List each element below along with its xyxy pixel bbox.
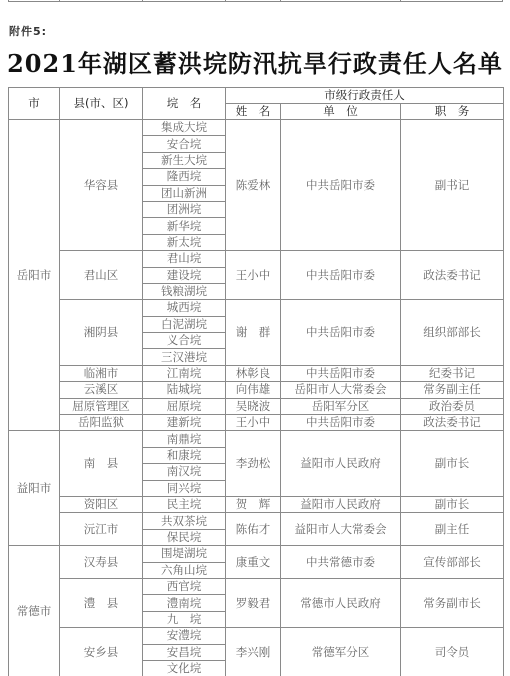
polder-cell: 西官垸 xyxy=(143,578,226,594)
polder-cell: 安合垸 xyxy=(143,136,226,152)
county-cell: 澧 县 xyxy=(60,578,143,627)
name-cell: 陈佑才 xyxy=(226,513,281,546)
position-cell: 常务副主任 xyxy=(401,382,504,398)
table-row: 安乡县安澧垸李兴刚常德军分区司令员 xyxy=(9,628,504,644)
polder-cell: 民主垸 xyxy=(143,496,226,512)
polder-cell: 城西垸 xyxy=(143,300,226,316)
city-cell: 岳阳市 xyxy=(9,120,60,431)
polder-cell: 隆西垸 xyxy=(143,169,226,185)
position-cell: 副主任 xyxy=(401,513,504,546)
table-row: 澧 县西官垸罗毅君常德市人民政府常务副市长 xyxy=(9,578,504,594)
polder-cell: 新太垸 xyxy=(143,234,226,250)
name-cell: 王小中 xyxy=(226,251,281,300)
table-row: 临湘市江南垸林彰良中共岳阳市委纪委书记 xyxy=(9,365,504,381)
polder-cell: 澧南垸 xyxy=(143,595,226,611)
name-cell: 罗毅君 xyxy=(226,578,281,627)
unit-cell: 益阳市人民政府 xyxy=(281,431,401,497)
name-cell: 贺 辉 xyxy=(226,496,281,512)
attachment-label: 附件5: xyxy=(9,23,47,39)
previous-page-table-edge xyxy=(8,0,503,2)
name-cell: 王小中 xyxy=(226,415,281,431)
position-cell: 常务副市长 xyxy=(401,578,504,627)
position-cell: 政法委书记 xyxy=(401,251,504,300)
unit-cell: 岳阳军分区 xyxy=(281,398,401,414)
table-row: 沅江市共双茶垸陈佑才益阳市人大常委会副主任 xyxy=(9,513,504,529)
header-county: 县(市、区) xyxy=(60,88,143,120)
position-cell: 副书记 xyxy=(401,120,504,251)
position-cell: 司令员 xyxy=(401,628,504,676)
county-cell: 安乡县 xyxy=(60,628,143,676)
polder-cell: 团山新洲 xyxy=(143,185,226,201)
position-cell: 政治委员 xyxy=(401,398,504,414)
polder-cell: 江南垸 xyxy=(143,365,226,381)
table-row: 益阳市南 县南鼎垸李劲松益阳市人民政府副市长 xyxy=(9,431,504,447)
unit-cell: 益阳市人大常委会 xyxy=(281,513,401,546)
county-cell: 岳阳监狱 xyxy=(60,415,143,431)
header-polder: 垸 名 xyxy=(143,88,226,120)
position-cell: 副市长 xyxy=(401,496,504,512)
unit-cell: 常德军分区 xyxy=(281,628,401,676)
county-cell: 南 县 xyxy=(60,431,143,497)
polder-cell: 建新垸 xyxy=(143,415,226,431)
header-responsible-group: 市级行政责任人 xyxy=(226,88,504,104)
unit-cell: 益阳市人民政府 xyxy=(281,496,401,512)
unit-cell: 岳阳市人大常委会 xyxy=(281,382,401,398)
polder-cell: 集成大垸 xyxy=(143,120,226,136)
polder-cell: 义合垸 xyxy=(143,333,226,349)
table-row: 资阳区民主垸贺 辉益阳市人民政府副市长 xyxy=(9,496,504,512)
polder-cell: 君山垸 xyxy=(143,251,226,267)
polder-cell: 团洲垸 xyxy=(143,201,226,217)
name-cell: 陈爱林 xyxy=(226,120,281,251)
polder-cell: 新生大垸 xyxy=(143,152,226,168)
unit-cell: 常德市人民政府 xyxy=(281,578,401,627)
polder-cell: 钱粮湖垸 xyxy=(143,283,226,299)
polder-cell: 围堤湖垸 xyxy=(143,546,226,562)
county-cell: 云溪区 xyxy=(60,382,143,398)
polder-cell: 保民垸 xyxy=(143,529,226,545)
county-cell: 君山区 xyxy=(60,251,143,300)
table-row: 岳阳市华容县集成大垸陈爱林中共岳阳市委副书记 xyxy=(9,120,504,136)
name-cell: 康重文 xyxy=(226,546,281,579)
position-cell: 副市长 xyxy=(401,431,504,497)
polder-cell: 安澧垸 xyxy=(143,628,226,644)
unit-cell: 中共岳阳市委 xyxy=(281,251,401,300)
table-row: 岳阳监狱建新垸王小中中共岳阳市委政法委书记 xyxy=(9,415,504,431)
unit-cell: 中共岳阳市委 xyxy=(281,415,401,431)
table-row: 常德市汉寿县围堤湖垸康重文中共常德市委宣传部部长 xyxy=(9,546,504,562)
header-unit: 单 位 xyxy=(281,104,401,120)
header-name: 姓 名 xyxy=(226,104,281,120)
name-cell: 李劲松 xyxy=(226,431,281,497)
table-row: 湘阴县城西垸谢 群中共岳阳市委组织部部长 xyxy=(9,300,504,316)
name-cell: 向伟雄 xyxy=(226,382,281,398)
polder-cell: 安昌垸 xyxy=(143,644,226,660)
page-title: 2021年湖区蓄洪垸防汛抗旱行政责任人名单 xyxy=(0,44,510,79)
polder-cell: 白泥湖垸 xyxy=(143,316,226,332)
polder-cell: 共双茶垸 xyxy=(143,513,226,529)
name-cell: 李兴刚 xyxy=(226,628,281,676)
county-cell: 资阳区 xyxy=(60,496,143,512)
table-row: 屈原管理区屈原垸吴晓波岳阳军分区政治委员 xyxy=(9,398,504,414)
table-body: 岳阳市华容县集成大垸陈爱林中共岳阳市委副书记安合垸新生大垸隆西垸团山新洲团洲垸新… xyxy=(9,120,504,676)
city-cell: 常德市 xyxy=(9,546,60,676)
polder-cell: 南鼎垸 xyxy=(143,431,226,447)
unit-cell: 中共岳阳市委 xyxy=(281,300,401,366)
table-row: 君山区君山垸王小中中共岳阳市委政法委书记 xyxy=(9,251,504,267)
county-cell: 屈原管理区 xyxy=(60,398,143,414)
polder-cell: 六角山垸 xyxy=(143,562,226,578)
county-cell: 华容县 xyxy=(60,120,143,251)
county-cell: 沅江市 xyxy=(60,513,143,546)
polder-cell: 文化垸 xyxy=(143,660,226,676)
position-cell: 组织部部长 xyxy=(401,300,504,366)
polder-cell: 同兴垸 xyxy=(143,480,226,496)
county-cell: 湘阴县 xyxy=(60,300,143,366)
name-cell: 吴晓波 xyxy=(226,398,281,414)
polder-cell: 陆城垸 xyxy=(143,382,226,398)
position-cell: 纪委书记 xyxy=(401,365,504,381)
name-cell: 谢 群 xyxy=(226,300,281,366)
header-position: 职 务 xyxy=(401,104,504,120)
unit-cell: 中共岳阳市委 xyxy=(281,365,401,381)
table-row: 云溪区陆城垸向伟雄岳阳市人大常委会常务副主任 xyxy=(9,382,504,398)
position-cell: 宣传部部长 xyxy=(401,546,504,579)
polder-cell: 九 垸 xyxy=(143,611,226,627)
header-city: 市 xyxy=(9,88,60,120)
polder-cell: 南汉垸 xyxy=(143,464,226,480)
responsibility-table: 市 县(市、区) 垸 名 市级行政责任人 姓 名 单 位 职 务 岳阳市华容县集… xyxy=(8,87,504,676)
polder-cell: 屈原垸 xyxy=(143,398,226,414)
unit-cell: 中共岳阳市委 xyxy=(281,120,401,251)
polder-cell: 和康垸 xyxy=(143,447,226,463)
city-cell: 益阳市 xyxy=(9,431,60,546)
polder-cell: 三汉港垸 xyxy=(143,349,226,365)
county-cell: 临湘市 xyxy=(60,365,143,381)
polder-cell: 建设垸 xyxy=(143,267,226,283)
county-cell: 汉寿县 xyxy=(60,546,143,579)
name-cell: 林彰良 xyxy=(226,365,281,381)
unit-cell: 中共常德市委 xyxy=(281,546,401,579)
polder-cell: 新华垸 xyxy=(143,218,226,234)
position-cell: 政法委书记 xyxy=(401,415,504,431)
